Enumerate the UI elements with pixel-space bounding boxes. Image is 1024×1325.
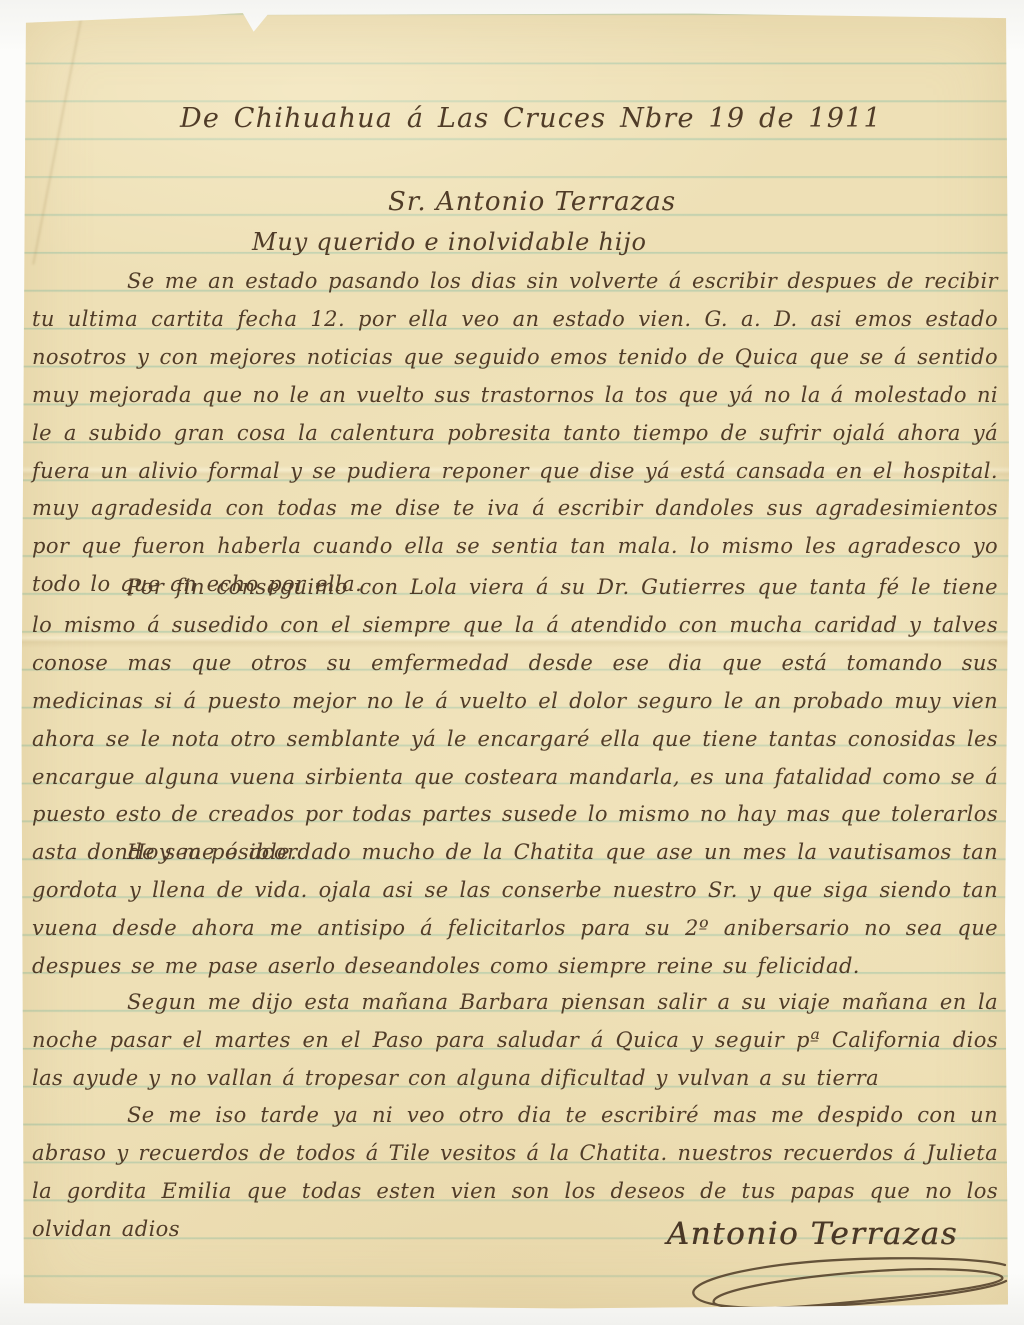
- paragraph: Por fin conseguimo con Lola viera á su D…: [32, 569, 998, 872]
- letter-paper: De Chihuahua á Las Cruces Nbre 19 de 191…: [20, 11, 1010, 1311]
- dateline: De Chihuahua á Las Cruces Nbre 19 de 191…: [180, 103, 882, 134]
- paper-crease: [32, 0, 85, 265]
- addressee-line: Sr. Antonio Terrazas: [388, 187, 676, 217]
- paragraph: Segun me dijo esta mañana Barbara piensa…: [32, 984, 998, 1098]
- greeting-line: Muy querido e inolvidable hijo: [252, 228, 647, 256]
- paragraph: Hoy me é acordado mucho de la Chatita qu…: [32, 834, 998, 986]
- scan-background: De Chihuahua á Las Cruces Nbre 19 de 191…: [0, 0, 1024, 1325]
- signature-name: Antonio Terrazas: [667, 1216, 958, 1252]
- signature-flourish: [680, 1253, 1010, 1313]
- paragraph: Se me an estado pasando los dias sin vol…: [32, 263, 998, 604]
